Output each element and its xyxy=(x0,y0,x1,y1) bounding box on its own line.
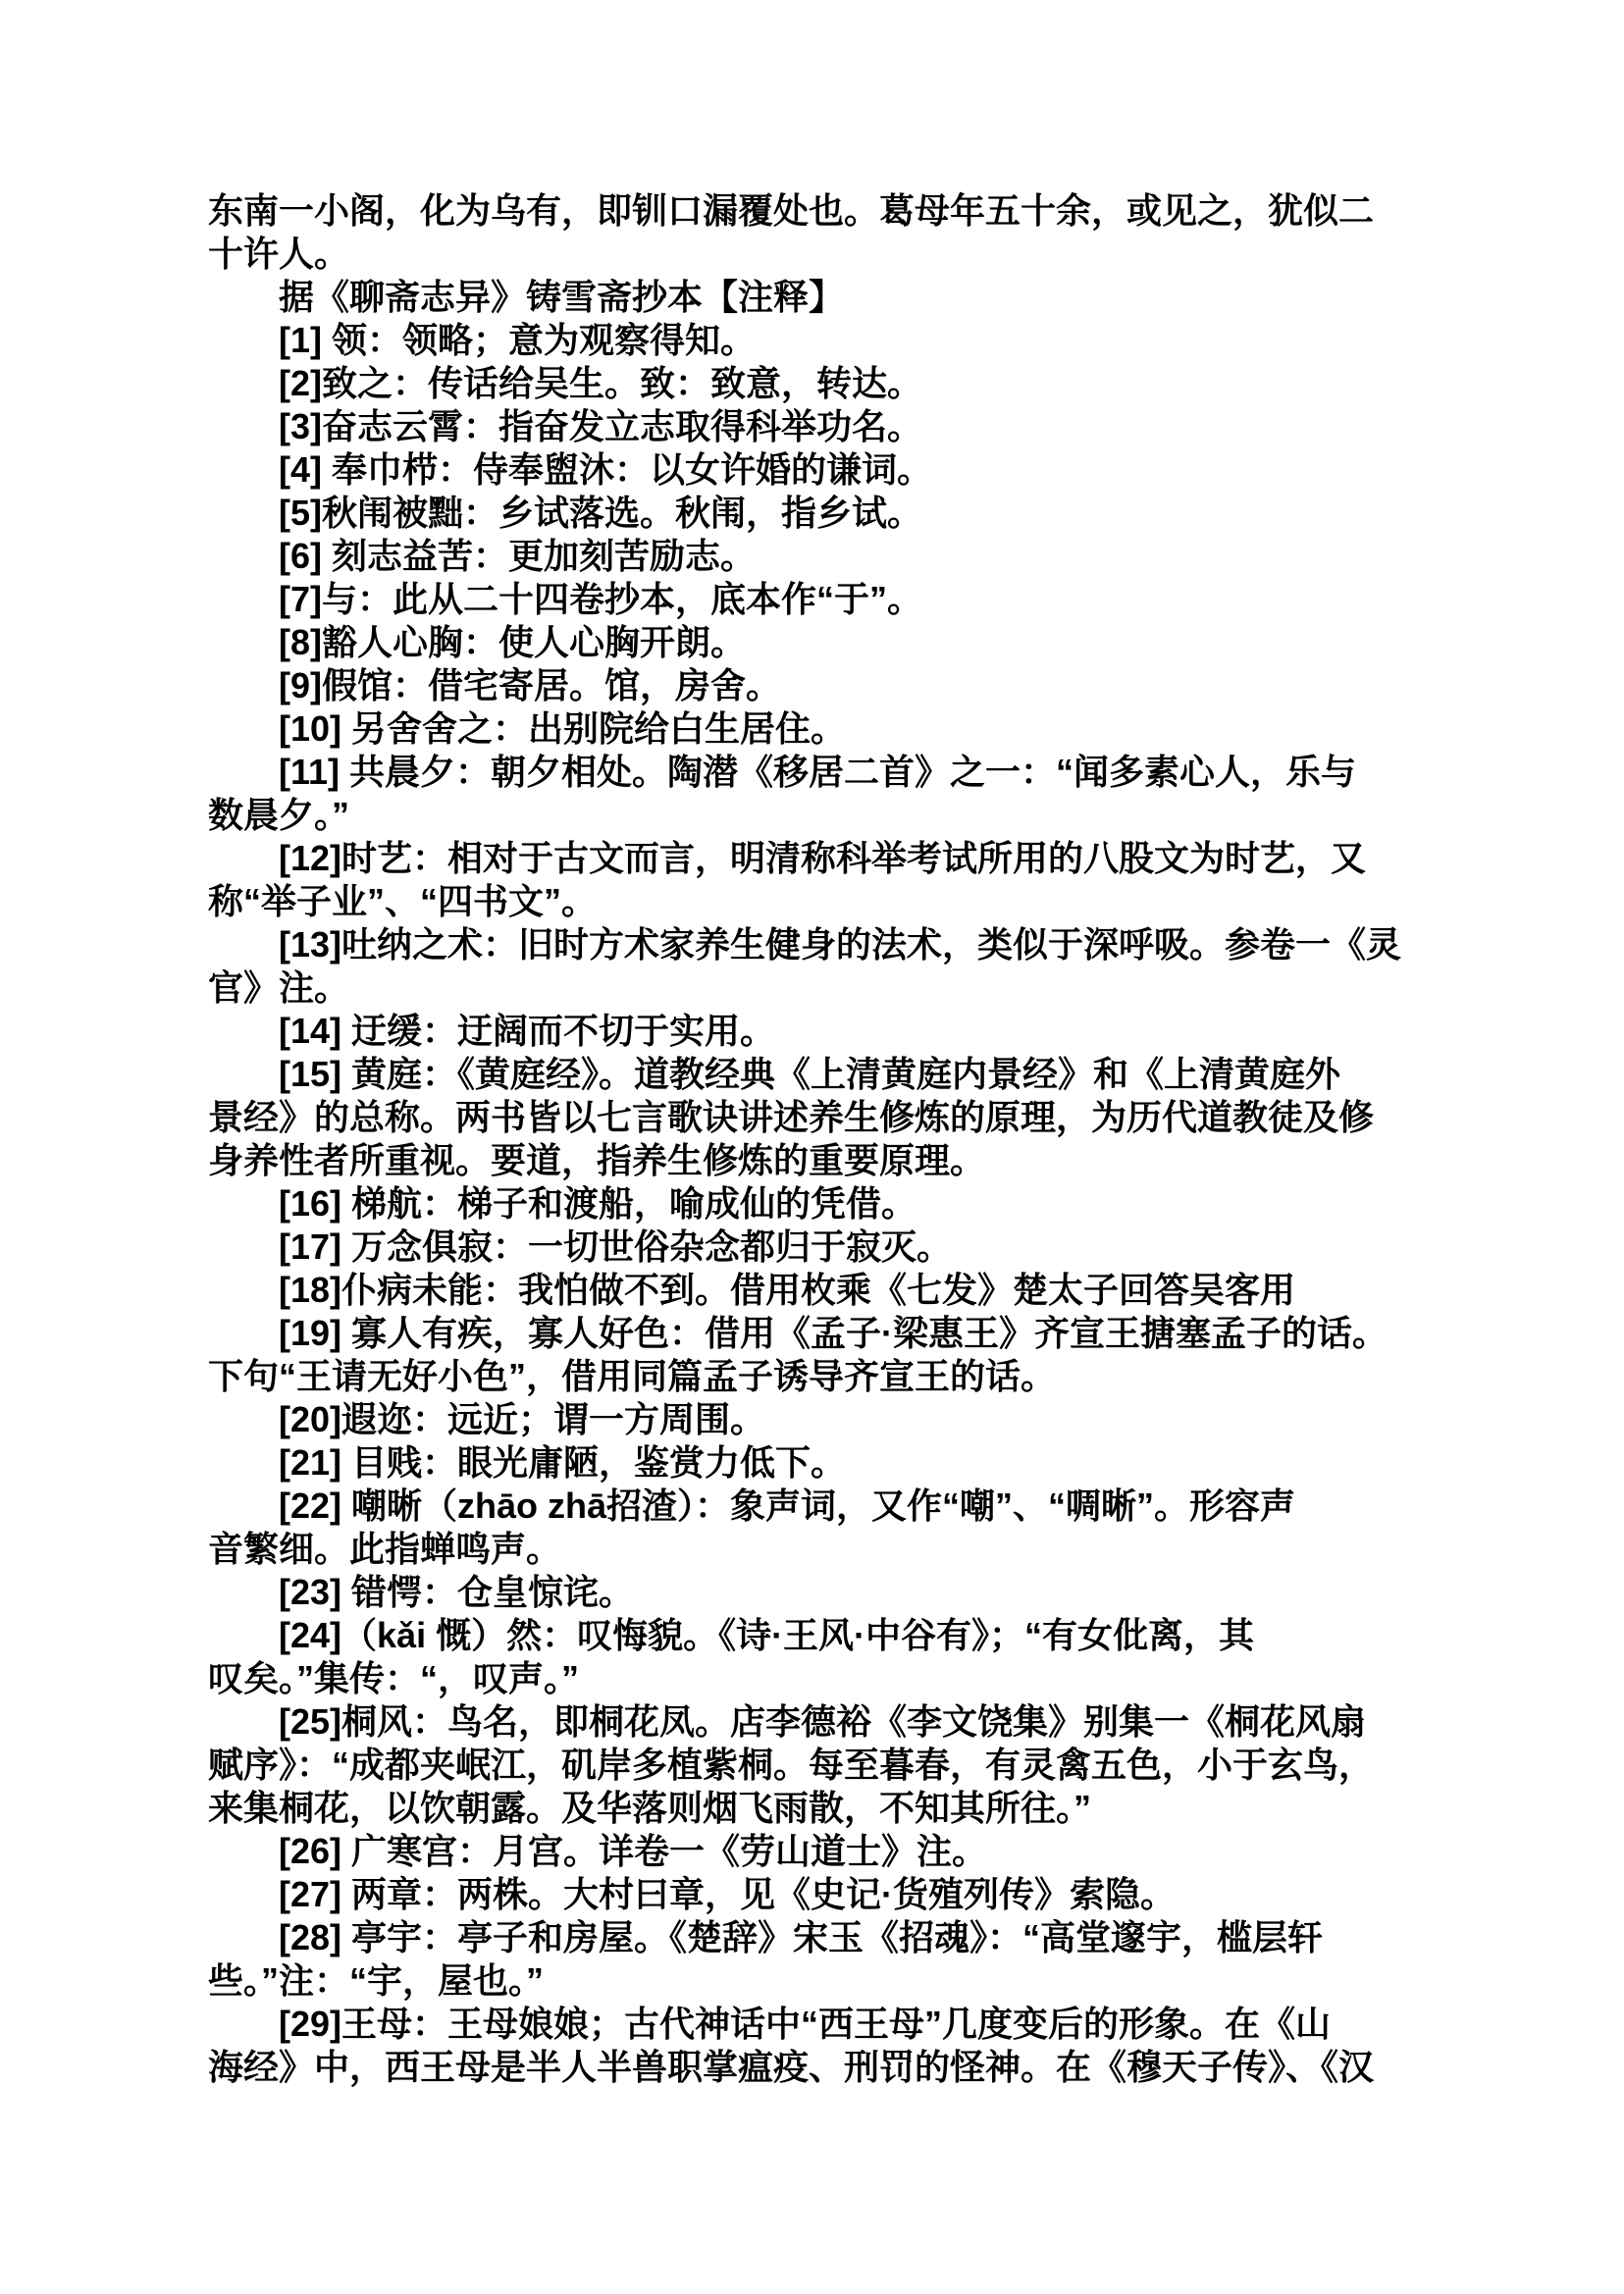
annotation-paragraph: [19] 寡人有疾，寡人好色：借用《孟子·梁惠王》齐宣王搪塞孟子的话。 下句“王… xyxy=(208,1312,1441,1398)
annotation-paragraph: [29]王母：王母娘娘；古代神话中“西王母”几度变后的形象。在《山 海经》中，西… xyxy=(208,2003,1441,2089)
annotation-paragraph: [22] 嘲晰（zhāo zhā招渣）：象声词，又作“嘲”、“啁晰”。形容声 音… xyxy=(208,1485,1441,1571)
annotation-paragraph: [12]时艺：相对于古文而言，明清称科举考试所用的八股文为时艺，又 称“举子业”… xyxy=(208,837,1441,923)
annotation-paragraph: [4] 奉巾栉：侍奉盥沐：以女许婚的谦词。 xyxy=(208,448,1441,492)
document-page: 东南一小阁，化为乌有，即钏口漏覆处也。葛母年五十余，或见之，犹似二 十许人。 据… xyxy=(0,0,1624,2294)
annotation-paragraph: [23] 错愕：仓皇惊诧。 xyxy=(208,1571,1441,1614)
annotation-paragraph: [28] 亭宇：亭子和房屋。《楚辞》宋玉《招魂》：“高堂邃宇，槛层轩 些。”注：… xyxy=(208,1916,1441,2003)
annotation-paragraph: [3]奋志云霄：指奋发立志取得科举功名。 xyxy=(208,405,1441,448)
annotation-paragraph: [14] 迂缓：迂阔而不切于实用。 xyxy=(208,1010,1441,1053)
annotation-paragraph: [6] 刻志益苦：更加刻苦励志。 xyxy=(208,535,1441,578)
annotation-paragraph: [20]遐迩：远近；谓一方周围。 xyxy=(208,1398,1441,1441)
annotation-paragraph: [27] 两章：两株。大村曰章，见《史记·货殖列传》索隐。 xyxy=(208,1873,1441,1916)
annotation-paragraph: [17] 万念俱寂：一切世俗杂念都归于寂灭。 xyxy=(208,1225,1441,1269)
annotation-paragraph: [2]致之：传话给吴生。致：致意，转达。 xyxy=(208,362,1441,405)
annotation-paragraph: [9]假馆：借宅寄居。馆，房舍。 xyxy=(208,664,1441,707)
annotation-paragraph: [25]桐风：鸟名，即桐花凤。店李德裕《李文饶集》别集一《桐花风扇 赋序》：“成… xyxy=(208,1700,1441,1830)
source-note-heading: 据《聊斋志异》铸雪斋抄本【注释】 xyxy=(208,276,1441,319)
annotation-paragraph: [13]吐纳之术：旧时方术家养生健身的法术，类似于深呼吸。参卷一《灵 官》注。 xyxy=(208,923,1441,1010)
text-content: 东南一小阁，化为乌有，即钏口漏覆处也。葛母年五十余，或见之，犹似二 十许人。 据… xyxy=(208,189,1441,2089)
annotation-paragraph: [26] 广寒宫：月宫。详卷一《劳山道士》注。 xyxy=(208,1830,1441,1873)
annotation-paragraph: [21] 目贱：眼光庸陋，鉴赏力低下。 xyxy=(208,1441,1441,1485)
annotation-paragraph: [5]秋闱被黜：乡试落选。秋闱，指乡试。 xyxy=(208,492,1441,535)
annotation-paragraph: [8]豁人心胸：使人心胸开朗。 xyxy=(208,621,1441,664)
annotation-paragraph: [15] 黄庭：《黄庭经》。道教经典《上清黄庭内景经》和《上清黄庭外 景经》的总… xyxy=(208,1053,1441,1182)
annotation-paragraph: [18]仆病未能：我怕做不到。借用枚乘《七发》楚太子回答吴客用 xyxy=(208,1269,1441,1312)
annotation-paragraph: [16] 梯航：梯子和渡船，喻成仙的凭借。 xyxy=(208,1182,1441,1225)
annotation-paragraph: [1] 领：领略；意为观察得知。 xyxy=(208,319,1441,362)
continuation-paragraph: 东南一小阁，化为乌有，即钏口漏覆处也。葛母年五十余，或见之，犹似二 十许人。 xyxy=(208,189,1441,276)
annotation-paragraph: [7]与：此从二十四卷抄本，底本作“于”。 xyxy=(208,578,1441,621)
annotation-paragraph: [10] 另舍舍之：出别院给白生居住。 xyxy=(208,707,1441,751)
annotation-paragraph: [24]（kǎi 慨）然：叹悔貌。《诗·王风·中谷有》；“有女仳离，其 叹矣。”… xyxy=(208,1614,1441,1700)
annotation-paragraph: [11] 共晨夕：朝夕相处。陶潜《移居二首》之一：“闻多素心人，乐与 数晨夕。” xyxy=(208,751,1441,837)
